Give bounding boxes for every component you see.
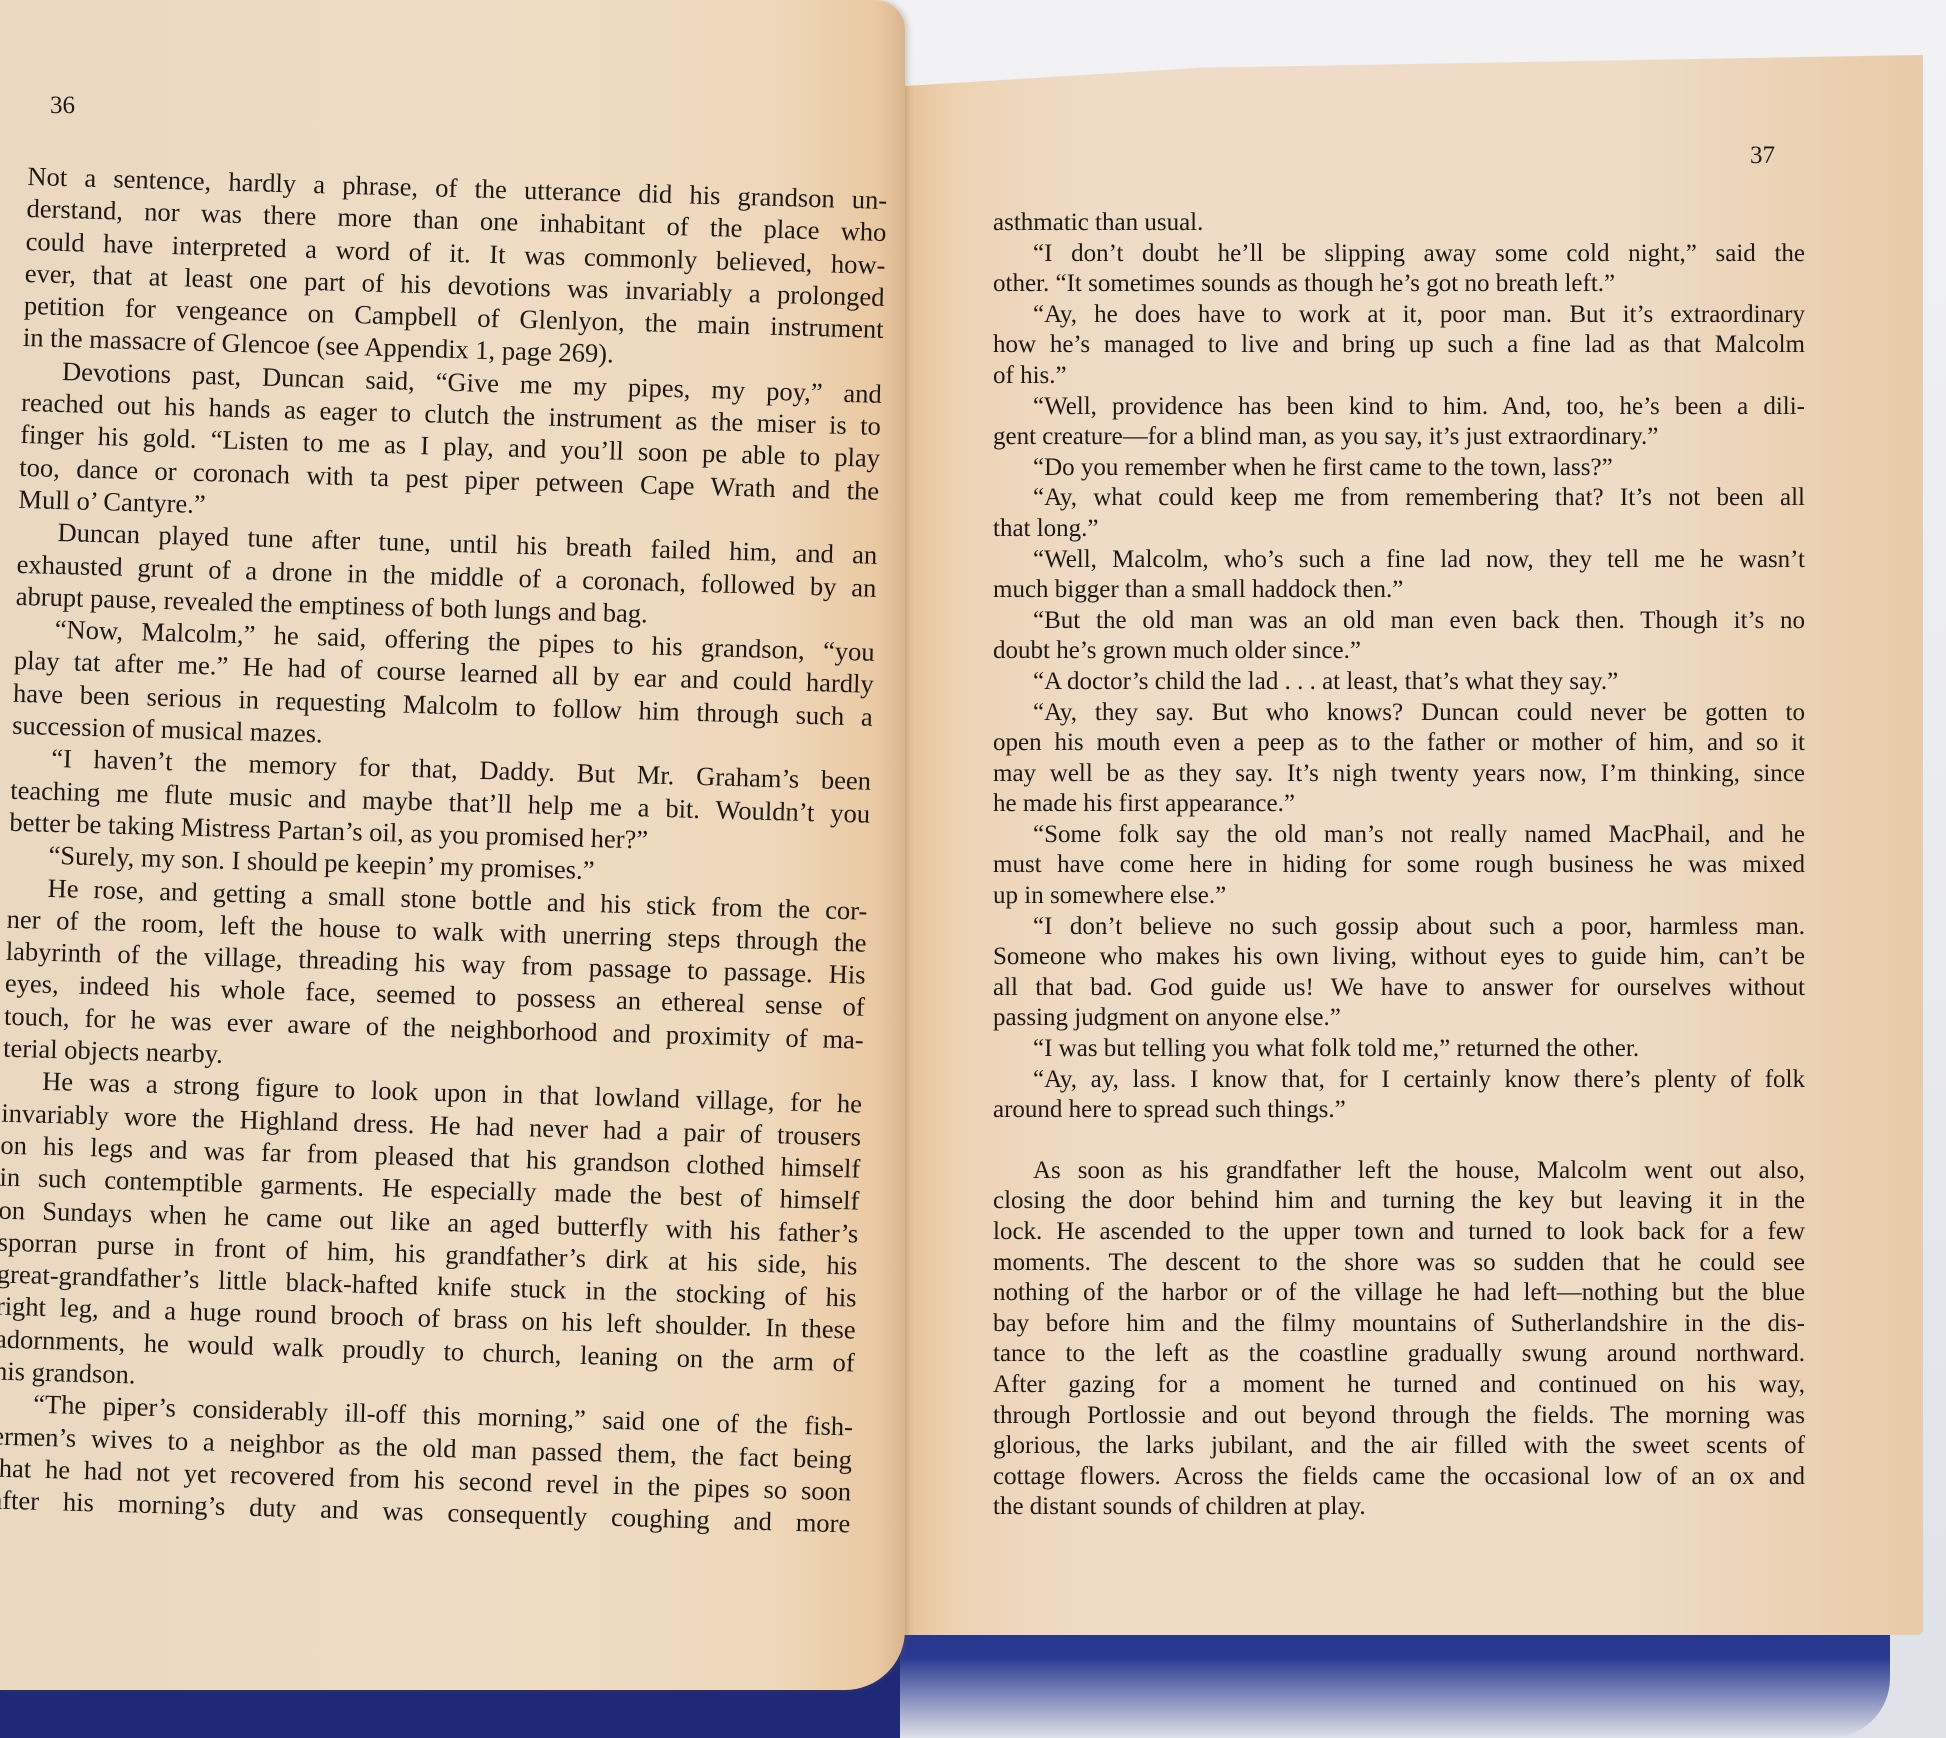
left-page-body-text: Not a sentence, hardly a phrase, of the …: [0, 160, 888, 1540]
text-line: may well be as they say. It’s nigh twent…: [993, 759, 1805, 790]
text-line: cottage flowers. Across the fields came …: [993, 1462, 1805, 1493]
text-line: closing the door behind him and turning …: [993, 1186, 1805, 1217]
text-line: all that bad. God guide us! We have to a…: [993, 973, 1805, 1004]
text-line: glorious, the larks jubilant, and the ai…: [993, 1431, 1805, 1462]
text-line: “I don’t believe no such gossip about su…: [993, 912, 1805, 943]
text-line: As soon as his grandfather left the hous…: [993, 1156, 1805, 1187]
right-page-body-text: asthmatic than usual.“I don’t doubt he’l…: [993, 208, 1805, 1523]
text-line: moments. The descent to the shore was so…: [993, 1248, 1805, 1279]
text-line: up in somewhere else.”: [993, 881, 1805, 912]
text-line: asthmatic than usual.: [993, 208, 1805, 239]
text-line: lock. He ascended to the upper town and …: [993, 1217, 1805, 1248]
text-line: nothing of the harbor or of the village …: [993, 1278, 1805, 1309]
text-line: “Well, Malcolm, who’s such a fine lad no…: [993, 545, 1805, 576]
text-line: “Ay, what could keep me from remembering…: [993, 483, 1805, 514]
text-line: open his mouth even a peep as to the fat…: [993, 728, 1805, 759]
text-line: tance to the left as the coastline gradu…: [993, 1339, 1805, 1370]
text-line: “Ay, he does have to work at it, poor ma…: [993, 300, 1805, 331]
text-line: “Some folk say the old man’s not really …: [993, 820, 1805, 851]
text-line: bay before him and the filmy mountains o…: [993, 1309, 1805, 1340]
page-number-left: 36: [50, 92, 75, 120]
text-line: “Do you remember when he first came to t…: [993, 453, 1805, 484]
text-line: other. “It sometimes sounds as though he…: [993, 269, 1805, 300]
text-line: gent creature—for a blind man, as you sa…: [993, 422, 1805, 453]
text-line: doubt he’s grown much older since.”: [993, 636, 1805, 667]
text-line: “But the old man was an old man even bac…: [993, 606, 1805, 637]
text-line: through Portlossie and out beyond throug…: [993, 1401, 1805, 1432]
text-line: he made his first appearance.”: [993, 789, 1805, 820]
text-line: “Well, providence has been kind to him. …: [993, 392, 1805, 423]
text-line: “Ay, ay, lass. I know that, for I certai…: [993, 1065, 1805, 1096]
text-line: must have come here in hiding for some r…: [993, 850, 1805, 881]
page-number-right: 37: [1750, 142, 1775, 170]
text-line: how he’s managed to live and bring up su…: [993, 330, 1805, 361]
section-break: [993, 1126, 1805, 1156]
text-line: “Ay, they say. But who knows? Duncan cou…: [993, 698, 1805, 729]
text-line: of his.”: [993, 361, 1805, 392]
text-line: much bigger than a small haddock then.”: [993, 575, 1805, 606]
text-line: “A doctor’s child the lad . . . at least…: [993, 667, 1805, 698]
text-line: the distant sounds of children at play.: [993, 1492, 1805, 1523]
text-line: After gazing for a moment he turned and …: [993, 1370, 1805, 1401]
text-line: around here to spread such things.”: [993, 1095, 1805, 1126]
text-line: Someone who makes his own living, withou…: [993, 942, 1805, 973]
text-line: that long.”: [993, 514, 1805, 545]
text-line: “I was but telling you what folk told me…: [993, 1034, 1805, 1065]
text-line: “I don’t doubt he’ll be slipping away so…: [993, 239, 1805, 270]
text-line: passing judgment on anyone else.”: [993, 1003, 1805, 1034]
